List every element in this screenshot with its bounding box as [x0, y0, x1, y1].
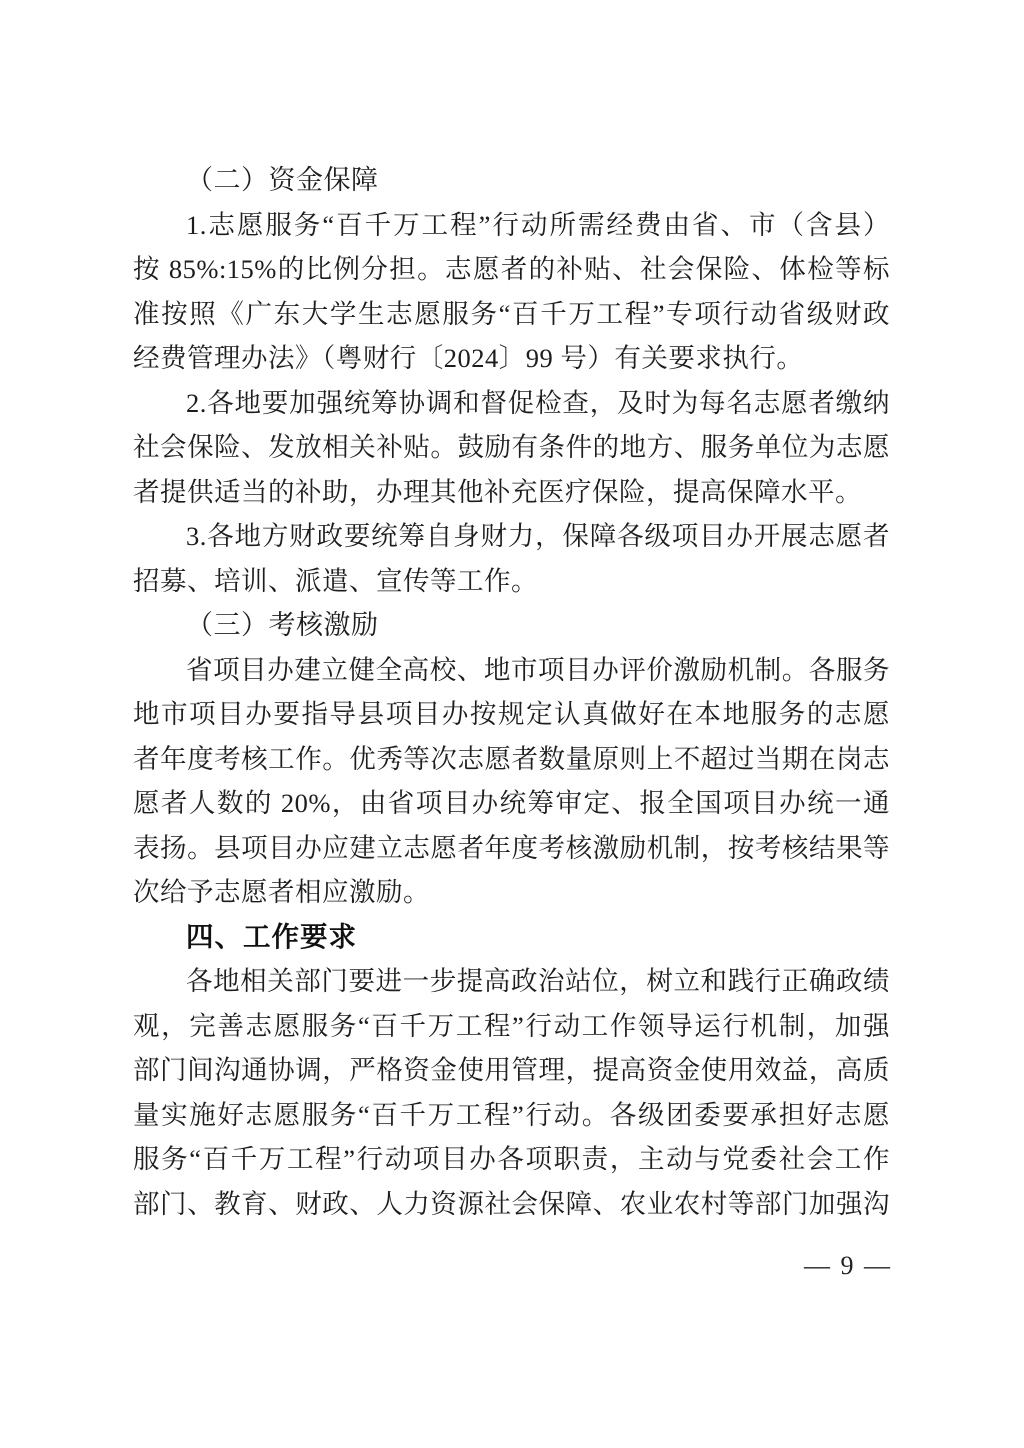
body-text-line: 社会保险、发放相关补贴。鼓励有条件的地方、服务单位为志愿 [133, 425, 890, 470]
body-text-line: 2.各地要加强统筹协调和督促检查，及时为每名志愿者缴纳 [133, 381, 890, 426]
body-text-line: 地市项目办要指导县项目办按规定认真做好在本地服务的志愿 [133, 692, 890, 737]
body-text-line: 各地相关部门要进一步提高政治站位，树立和践行正确政绩 [133, 959, 890, 1004]
body-text-line: 经费管理办法》（粤财行〔2024〕99 号）有关要求执行。 [133, 336, 890, 381]
body-text-line: 部门、教育、财政、人力资源社会保障、农业农村等部门加强沟 [133, 1182, 890, 1227]
body-text-line: 表扬。县项目办应建立志愿者年度考核激励机制，按考核结果等 [133, 826, 890, 871]
body-text-line: 准按照《广东大学生志愿服务“百千万工程”专项行动省级财政 [133, 292, 890, 337]
body-text-line: 量实施好志愿服务“百千万工程”行动。各级团委要承担好志愿 [133, 1093, 890, 1138]
body-text-line: 部门间沟通协调，严格资金使用管理，提高资金使用效益，高质 [133, 1048, 890, 1093]
document-body: （二）资金保障1.志愿服务“百千万工程”行动所需经费由省、市（含县）按 85%:… [133, 158, 890, 1226]
body-text-line: 者提供适当的补助，办理其他补充医疗保险，提高保障水平。 [133, 470, 890, 515]
body-text-line: 1.志愿服务“百千万工程”行动所需经费由省、市（含县） [133, 203, 890, 248]
body-text-line: 者年度考核工作。优秀等次志愿者数量原则上不超过当期在岗志 [133, 737, 890, 782]
body-text-line: 观，完善志愿服务“百千万工程”行动工作领导运行机制，加强 [133, 1004, 890, 1049]
body-text-line: 愿者人数的 20%，由省项目办统筹审定、报全国项目办统一通报 [133, 781, 890, 826]
body-text-line: 3.各地方财政要统筹自身财力，保障各级项目办开展志愿者 [133, 514, 890, 559]
body-text-line: 服务“百千万工程”行动项目办各项职责，主动与党委社会工作 [133, 1137, 890, 1182]
page-number: — 9 — [804, 1248, 892, 1284]
body-text-line: 次给予志愿者相应激励。 [133, 870, 890, 915]
subsection-heading: （三）考核激励 [133, 603, 890, 648]
body-text-line: 按 85%:15%的比例分担。志愿者的补贴、社会保险、体检等标 [133, 247, 890, 292]
body-text-line: 省项目办建立健全高校、地市项目办评价激励机制。各服务 [133, 648, 890, 693]
document-page: （二）资金保障1.志愿服务“百千万工程”行动所需经费由省、市（含县）按 85%:… [0, 0, 1024, 1448]
section-heading: 四、工作要求 [133, 915, 890, 960]
subsection-heading: （二）资金保障 [133, 158, 890, 203]
body-text-line: 招募、培训、派遣、宣传等工作。 [133, 559, 890, 604]
